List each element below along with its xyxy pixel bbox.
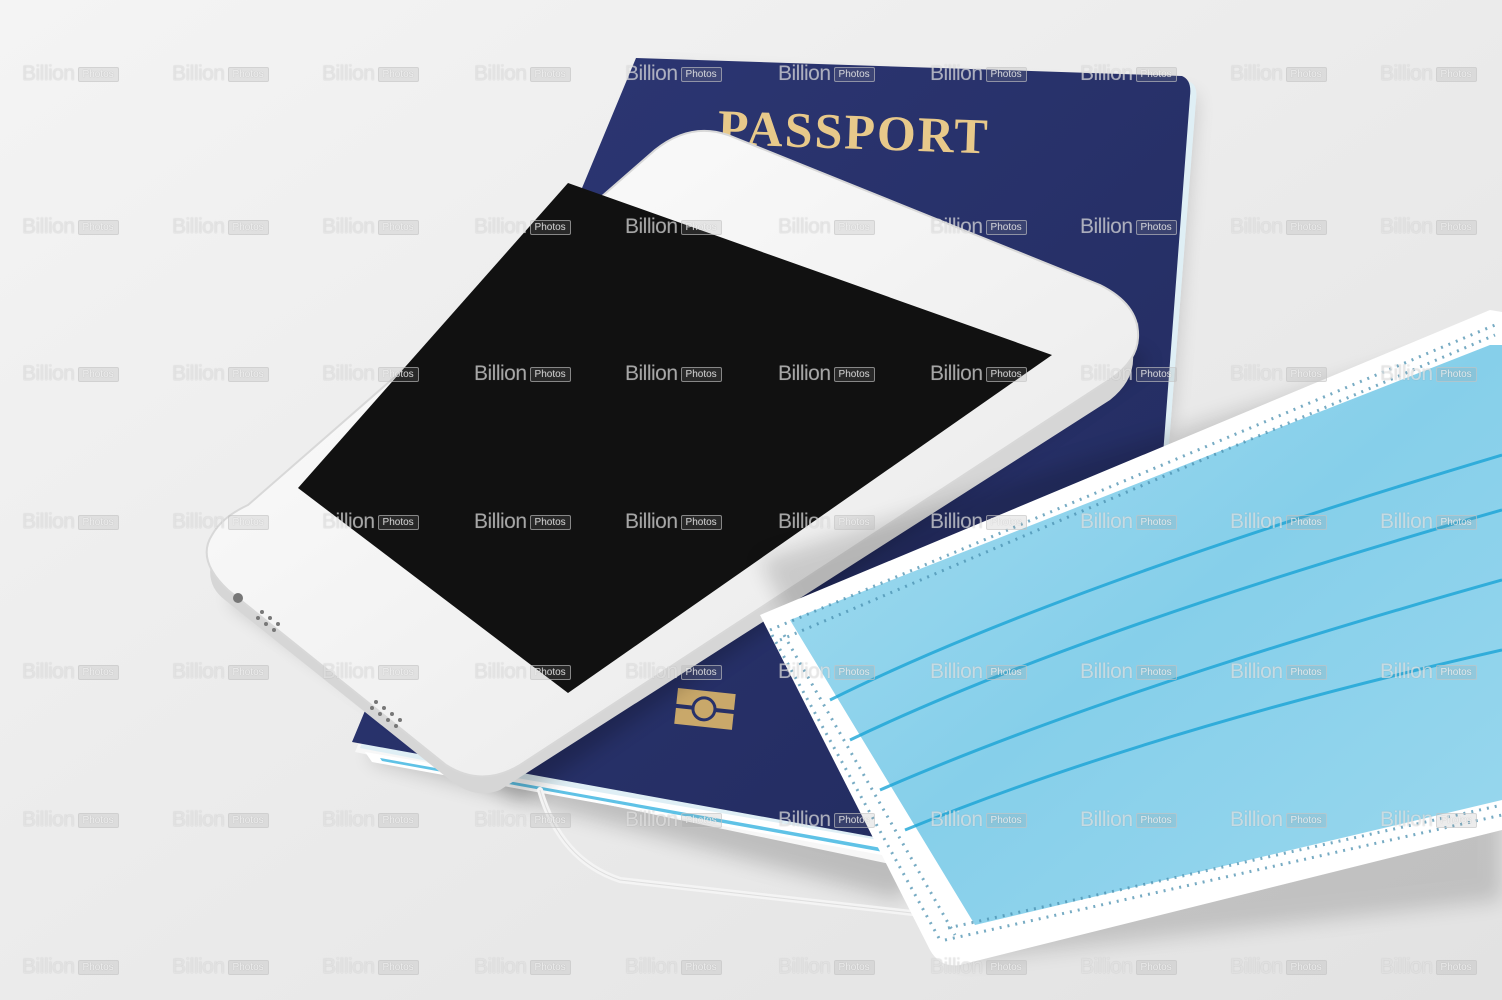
photo-scene: PASSPORT [0, 0, 1502, 1000]
